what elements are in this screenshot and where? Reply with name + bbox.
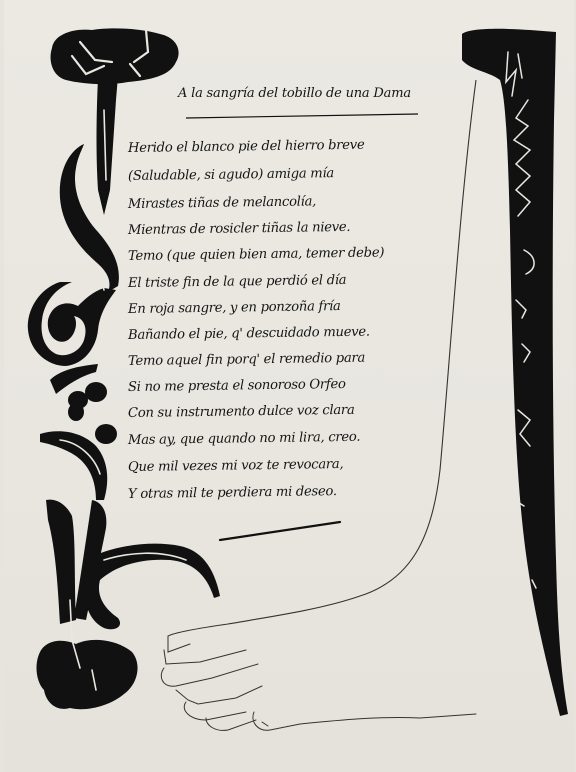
poem-line-14: Y otras mil te perdiera mi deseo. (128, 484, 337, 502)
right-brush-bar (462, 29, 568, 716)
poem-line-7: En roja sangre, y en ponzoña fría (128, 299, 341, 317)
poem-line-13: Que mil vezes mi voz te revocara, (128, 457, 344, 475)
foot-drawing (161, 636, 476, 730)
poem-line-11: Con su instrumento dulce voz clara (128, 403, 355, 421)
poem-line-10: Si no me presta el sonoroso Orfeo (128, 377, 346, 395)
poem-line-3: Mirastes tiñas de melancolía, (128, 194, 316, 212)
poem-title: A la sangría del tobillo de una Dama (178, 86, 411, 101)
title-underline (186, 114, 418, 118)
closing-flourish (220, 522, 340, 540)
poem-line-4: Mientras de rosicler tiñas la nieve. (128, 220, 350, 238)
poem-line-6: El triste fin de la que perdió el día (128, 273, 347, 291)
poem-line-2: (Saludable, si agudo) amiga mía (128, 166, 334, 184)
